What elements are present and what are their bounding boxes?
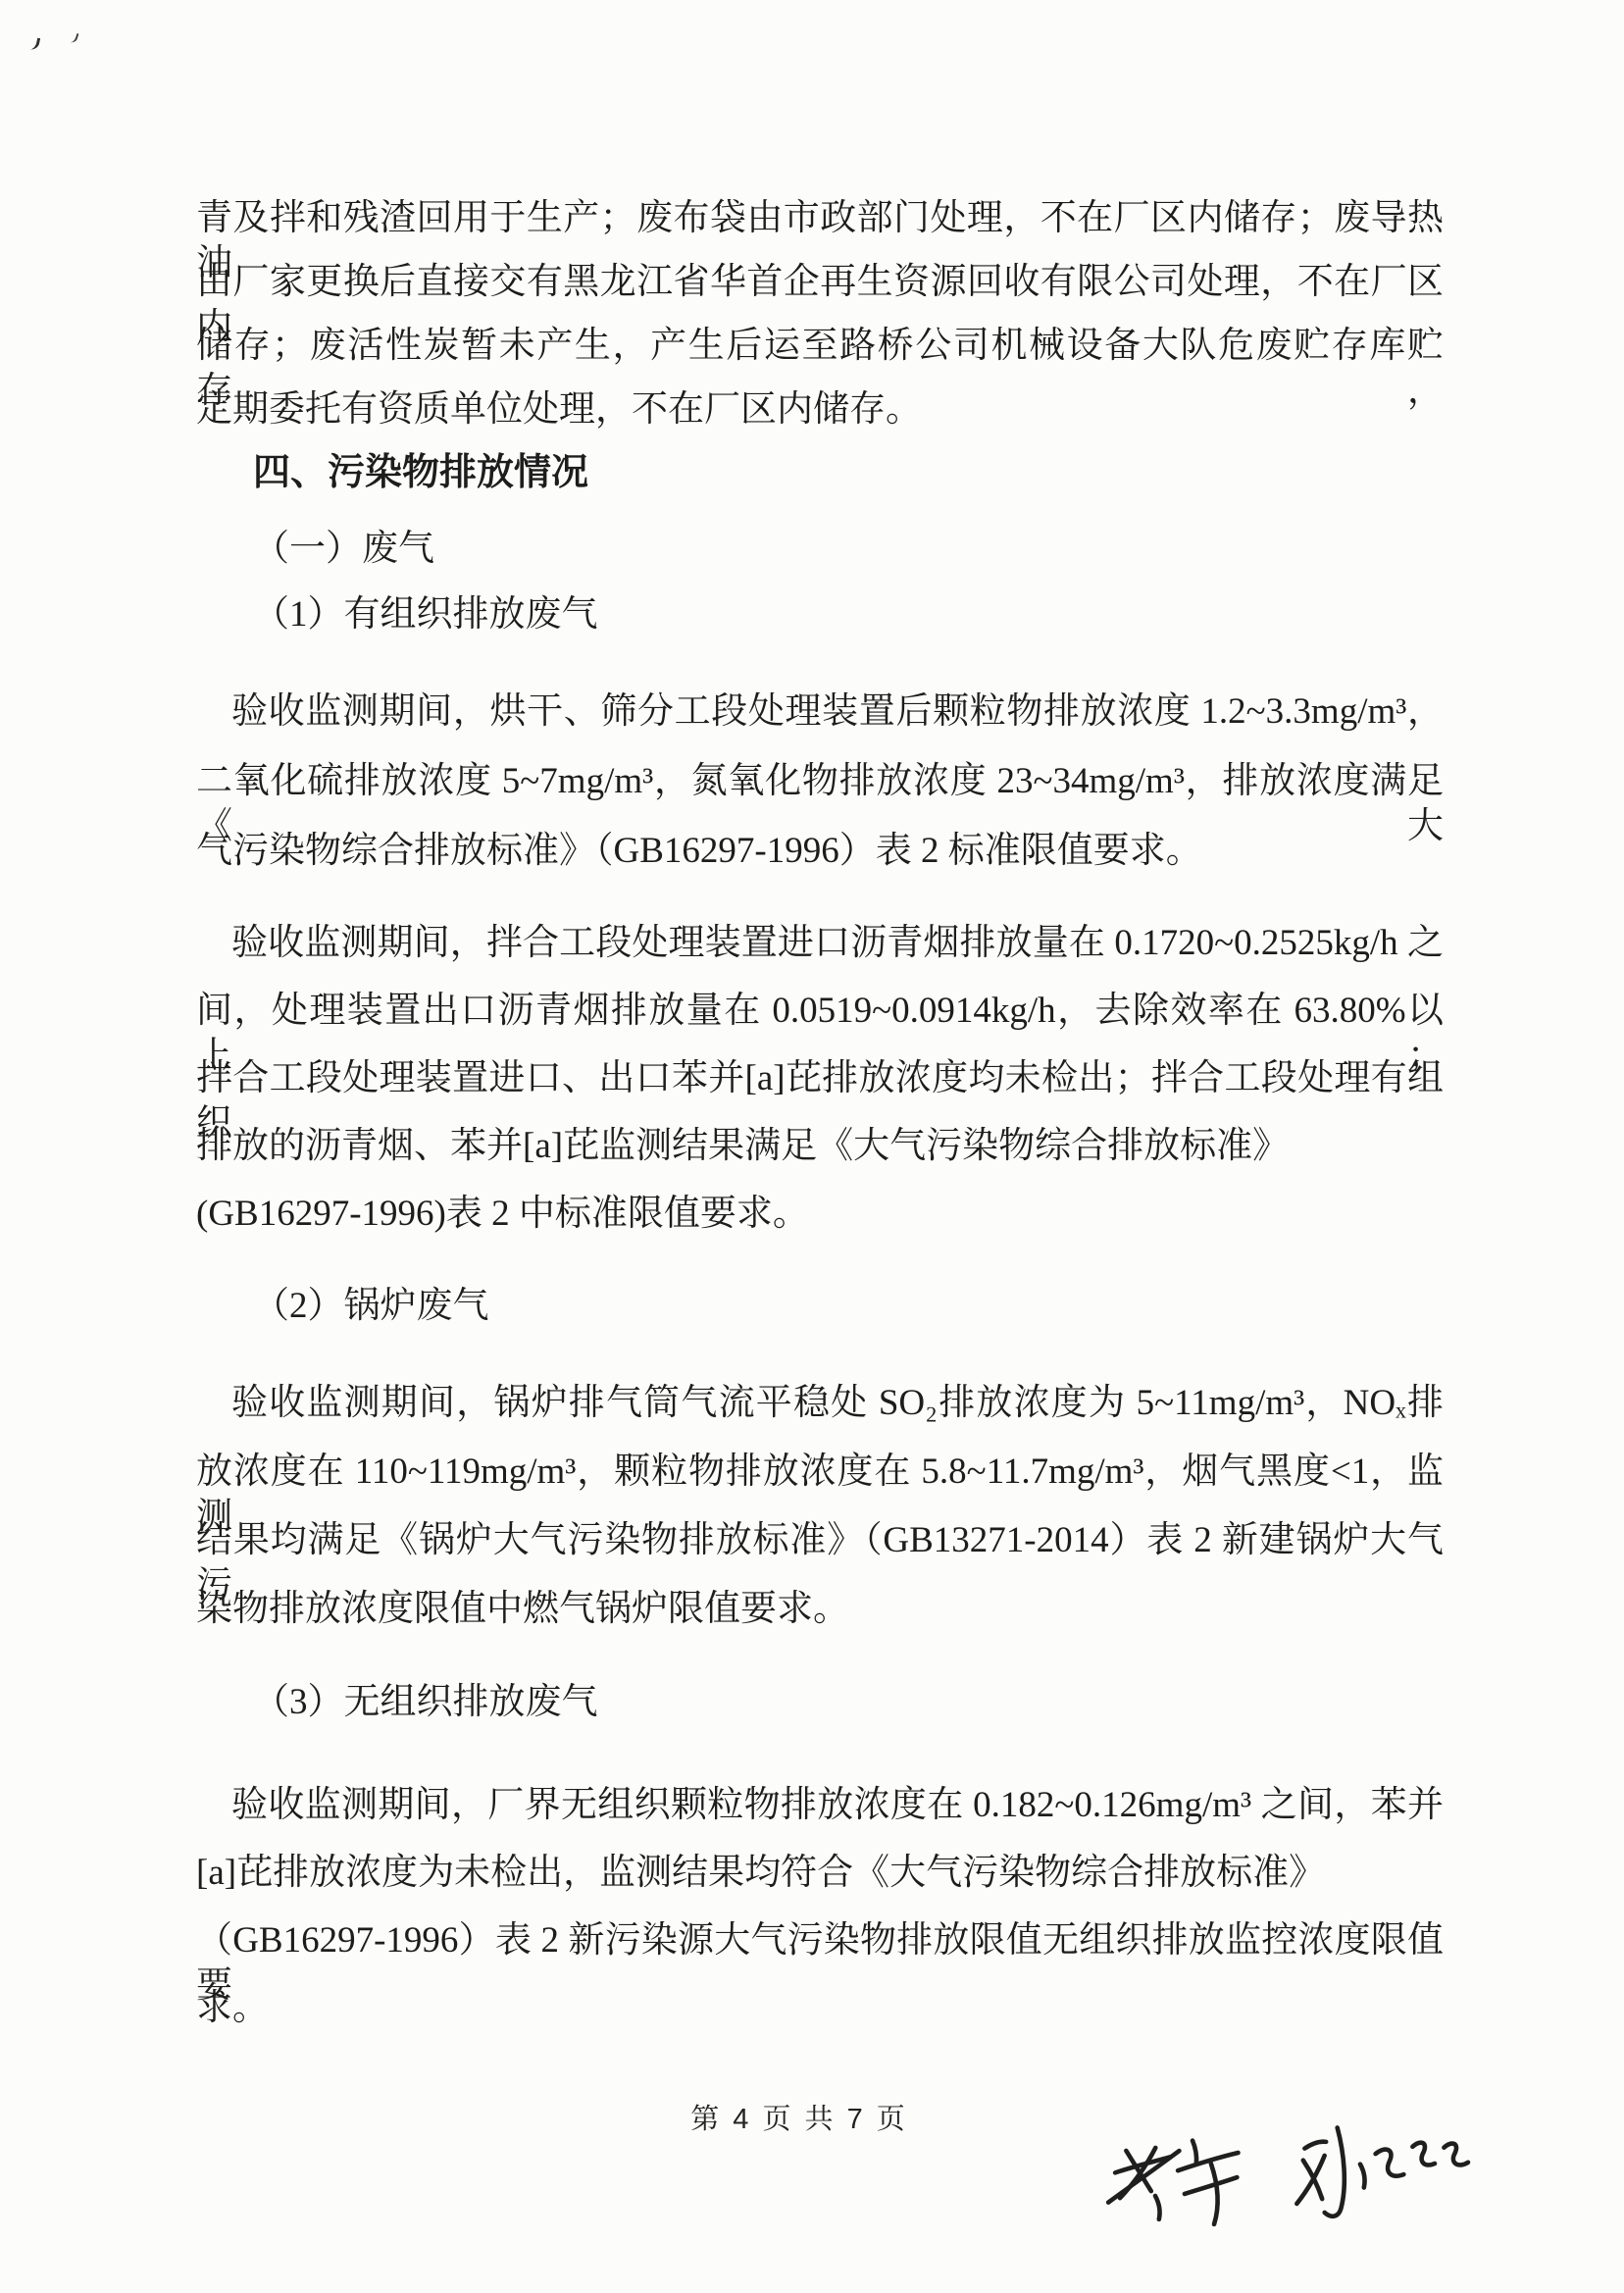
text-line: 排放的沥青烟、苯并[a]芘监测结果满足《大气污染物综合排放标准》 — [196, 1124, 1444, 1192]
paragraph-fugitive-emission: 验收监测期间，厂界无组织颗粒物排放浓度在 0.182~0.126mg/m³ 之间… — [196, 1783, 1444, 2054]
item-heading-fugitive-emission: （3）无组织排放废气 — [196, 1680, 1500, 1725]
text-line: 染物排放浓度限值中燃气锅炉限值要求。 — [196, 1587, 1444, 1656]
text-line: 验收监测期间，锅炉排气筒气流平稳处 SO₂排放浓度为 5~11mg/m³，NOₓ… — [196, 1381, 1444, 1450]
item-heading-organized-emission: （1）有组织排放废气 — [196, 592, 1500, 637]
text-line: 结果均满足《锅炉大气污染物排放标准》（GB13271-2014）表 2 新建锅炉… — [196, 1518, 1444, 1587]
text-line: 青及拌和残渣回用于生产；废布袋由市政部门处理，不在厂区内储存；废导热油 — [196, 196, 1444, 260]
text-line: 放浓度在 110~119mg/m³，颗粒物排放浓度在 5.8~11.7mg/m³… — [196, 1450, 1444, 1518]
section-heading-pollutant-discharge: 四、污染物排放情况 — [196, 450, 1500, 495]
text-line: 拌合工段处理装置进口、出口苯并[a]芘排放浓度均未检出；拌合工段处理有组织 — [196, 1056, 1444, 1124]
text-line: 求。 — [196, 1986, 1444, 2054]
text-line: 验收监测期间，拌合工段处理装置进口沥青烟排放量在 0.1720~0.2525kg… — [196, 921, 1444, 989]
paragraph-boiler-emission: 验收监测期间，锅炉排气筒气流平稳处 SO₂排放浓度为 5~11mg/m³，NOₓ… — [196, 1381, 1444, 1656]
text-line: （GB16297-1996）表 2 新污染源大气污染物排放限值无组织排放监控浓度… — [196, 1918, 1444, 1986]
text-line: (GB16297-1996)表 2 中标准限值要求。 — [196, 1192, 1444, 1259]
paragraph-waste-disposal: 青及拌和残渣回用于生产；废布袋由市政部门处理，不在厂区内储存；废导热油 由厂家更… — [196, 196, 1444, 451]
scan-artifact — [28, 36, 40, 51]
document-page: 青及拌和残渣回用于生产；废布袋由市政部门处理，不在厂区内储存；废导热油 由厂家更… — [0, 0, 1624, 2293]
subsection-heading-waste-gas: （一）废气 — [196, 527, 1500, 572]
scan-artifact — [68, 31, 78, 44]
paragraph-asphalt-fume: 验收监测期间，拌合工段处理装置进口沥青烟排放量在 0.1720~0.2525kg… — [196, 921, 1444, 1259]
paragraph-organized-emission: 验收监测期间，烘干、筛分工段处理装置后颗粒物排放浓度 1.2~3.3mg/m³，… — [196, 689, 1444, 898]
text-line: 验收监测期间，烘干、筛分工段处理装置后颗粒物排放浓度 1.2~3.3mg/m³， — [196, 689, 1444, 759]
item-heading-boiler-gas: （2）锅炉废气 — [196, 1284, 1500, 1329]
text-line: [a]芘排放浓度为未检出，监测结果均符合《大气污染物综合排放标准》 — [196, 1851, 1444, 1918]
handwritten-signature — [1069, 2111, 1520, 2277]
text-line: 验收监测期间，厂界无组织颗粒物排放浓度在 0.182~0.126mg/m³ 之间… — [196, 1783, 1444, 1851]
text-line: 间，处理装置出口沥青烟排放量在 0.0519~0.0914kg/h，去除效率在 … — [196, 989, 1444, 1056]
text-line: 由厂家更换后直接交有黑龙江省华首企再生资源回收有限公司处理，不在厂区内 — [196, 260, 1444, 324]
signature-strokes — [1069, 2111, 1520, 2277]
text-line: 储存；废活性炭暂未产生，产生后运至路桥公司机械设备大队危废贮存库贮存， — [196, 324, 1444, 387]
text-line: 二氧化硫排放浓度 5~7mg/m³，氮氧化物排放浓度 23~34mg/m³，排放… — [196, 759, 1444, 829]
